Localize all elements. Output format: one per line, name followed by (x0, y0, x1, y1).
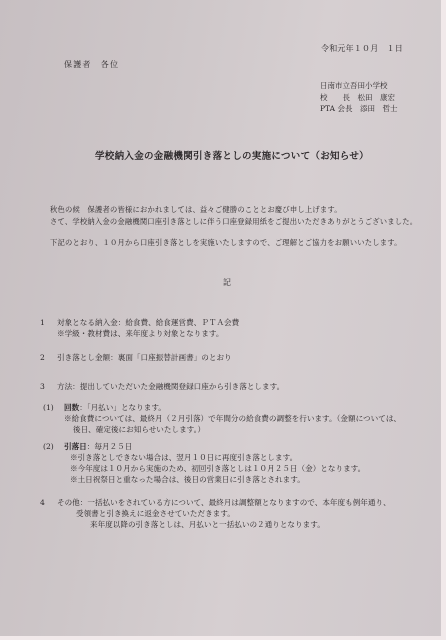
sub-1-text: ：「月払い」となります。 (79, 403, 166, 412)
item-1: 1 対象となる納入金：給食費、給食運営費、ＰＴＡ会費 ※学級・教材費は、来年度よ… (40, 317, 239, 339)
item-4-line-2: 受領書と引き換えに返金させていただきます。 (76, 508, 391, 519)
item-4-text: その他：一括払いをされている方について、最終月は調整額となりますので、本年度も例… (57, 497, 391, 508)
item-2-text: 引き落とし金額：裏面「口座振替計画書」のとおり (57, 352, 232, 363)
greeting-line-2: さて、学校納入金の金融機関口座引き落としに伴う口座登録用紙をご提出いただきありが… (50, 216, 417, 228)
issue-date: 令和元年１０月 １日 (321, 44, 403, 54)
sub-2-note-2: ※今年度は１０月から実施のため、初回引き落としは１０月２５日（金）となります。 (70, 463, 365, 474)
sub-2-note-1: ※引き落としできない場合は、翌月１０日に再度引き落とします。 (70, 452, 365, 463)
greeting-paragraph: 秋色の候 保護者の皆様におかれましては、益々ご健勝のこととお慶び申し上げます。 … (50, 204, 417, 249)
sub-2-number: (2) (43, 441, 54, 452)
item-4: 4 その他：一括払いをされている方について、最終月は調整額となりますので、本年度… (40, 497, 391, 530)
sub-2-text: ：毎月２５日 (87, 442, 133, 451)
item-1-text: 対象となる納入金：給食費、給食運営費、ＰＴＡ会費 (57, 317, 239, 328)
sub-2-label: 引落日 (64, 442, 87, 451)
document-paper: 令和元年１０月 １日 保護者 各位 日南市立吾田小学校 校 長 松田 康宏 PT… (0, 0, 441, 636)
greeting-line-3: 下記のとおり、１０月から口座引き落としを実施いたしますので、ご理解とご協力をお願… (50, 237, 417, 249)
school-name: 日南市立吾田小学校 (320, 80, 397, 92)
sub-1-number: (1) (43, 402, 54, 413)
item-3-sub-2: (2) 引落日：毎月２５日 ※引き落としできない場合は、翌月１０日に再度引き落と… (43, 441, 365, 485)
item-3-number: 3 (40, 381, 45, 392)
item-4-line-3: 来年度以降の引き落としは、月払いと一括払いの２通りとなります。 (90, 519, 391, 530)
item-1-number: 1 (40, 317, 45, 328)
sub-2-note-3: ※土日祝祭日と重なった場合は、後日の営業日に引き落とされます。 (70, 474, 365, 485)
sub-1-note-2: 後日、確定後にお知らせいたします。） (73, 424, 401, 435)
principal-name: 校 長 松田 康宏 (320, 92, 397, 104)
ki-heading: 記 (223, 278, 231, 288)
item-3: 3 方法：提出していただいた金融機関登録口座から引き落とします。 (40, 381, 284, 392)
pta-chair-name: PTA 会長 添田 哲士 (320, 103, 397, 115)
sender-block: 日南市立吾田小学校 校 長 松田 康宏 PTA 会長 添田 哲士 (320, 80, 397, 115)
item-2-number: 2 (40, 352, 45, 363)
document-title: 学校納入金の金融機関引き落としの実施について（お知らせ） (95, 152, 369, 162)
addressee: 保護者 各位 (64, 60, 119, 70)
item-4-number: 4 (40, 497, 45, 508)
sub-1-note-1: ※給食費については、最終月（２月引落）で年間分の給食費の調整を行います。（金額に… (64, 413, 401, 424)
item-3-text: 方法：提出していただいた金融機関登録口座から引き落とします。 (57, 381, 284, 392)
sub-1-label: 回数 (64, 403, 79, 412)
greeting-line-1: 秋色の候 保護者の皆様におかれましては、益々ご健勝のこととお慶び申し上げます。 (50, 204, 417, 216)
item-1-note: ※学級・教材費は、来年度より対象となります。 (57, 328, 239, 339)
item-3-sub-1: (1) 回数：「月払い」となります。 ※給食費については、最終月（２月引落）で年… (43, 402, 401, 435)
item-2: 2 引き落とし金額：裏面「口座振替計画書」のとおり (40, 352, 232, 363)
